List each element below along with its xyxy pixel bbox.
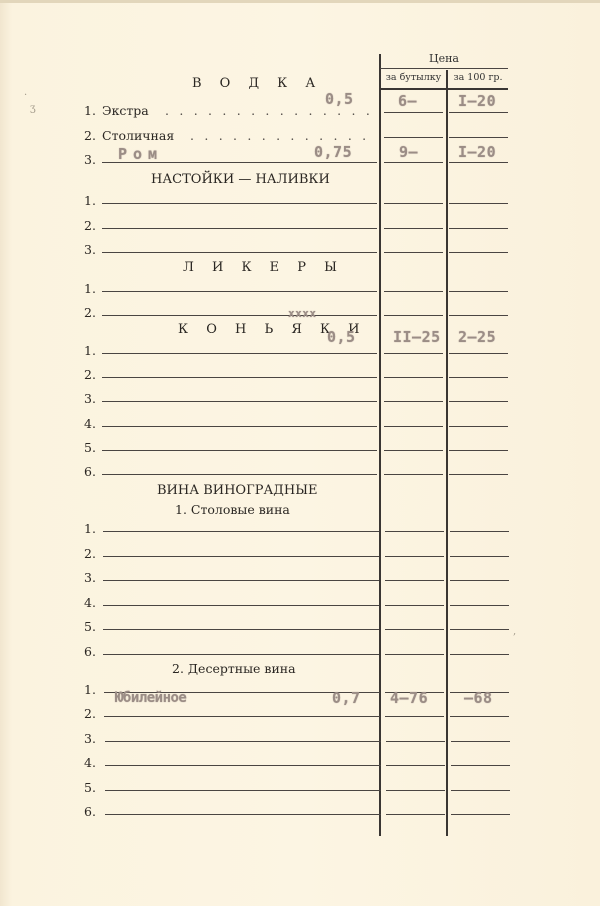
row-rule-bottle [385,716,444,717]
item-name-rom: Ром [118,145,163,163]
page-edge [0,0,600,3]
row-rule-100g [449,353,508,354]
row-rule-name [102,450,377,451]
paper-mark: , [513,626,516,637]
row-rule-name [105,765,381,766]
row-rule-100g [449,291,508,292]
row-rule-100g [449,401,508,402]
row-rule-100g [451,790,510,791]
row-rule-bottle [384,401,443,402]
row-rule-name [102,291,377,292]
row-rule-bottle [385,605,444,606]
row-rule-name [102,353,377,354]
price-column-left-divider [379,54,381,836]
row-rule-100g [449,474,508,475]
item-number: 5. [84,440,96,455]
row-rule-bottle [384,377,443,378]
row-rule-bottle [384,162,443,163]
row-rule-bottle [386,790,445,791]
row-rule-100g [450,556,509,557]
item-number: 1. [84,193,96,208]
row-rule-bottle [385,654,444,655]
row-rule-name [102,315,377,316]
item-number: 2. [84,128,96,143]
konyak-price-100g: 2–25 [458,328,496,346]
price-header-rule [380,68,508,69]
row-rule-bottle [384,426,443,427]
konyak-stars-typed: xxxx [288,307,317,320]
row-rule-100g [450,605,509,606]
item-number: 3. [84,731,96,746]
row-rule-100g [449,137,508,138]
item-number: 6. [84,804,96,819]
row-rule-bottle [384,112,443,113]
row-rule-name [103,654,379,655]
item-number: 1. [84,521,96,536]
row-rule-name [103,580,379,581]
row-rule-bottle [386,741,445,742]
item-number: 1. [84,343,96,358]
row-rule-100g [450,531,509,532]
row-rule-100g [449,377,508,378]
paper-mark: ʒ [30,103,36,114]
row-rule-100g [450,654,509,655]
item-name-yubileynoe: Юбилейное [115,690,186,706]
row-rule-name [102,377,377,378]
row-rule-name [105,790,381,791]
paper-mark: · [24,90,27,101]
row-rule-100g [450,629,509,630]
item-price-bottle: 6– [398,92,417,110]
item-number: 2. [84,305,96,320]
item-price-bottle: 9– [399,143,418,161]
item-number: 1. [84,103,96,118]
item-number: 4. [84,755,96,770]
row-rule-name [103,531,379,532]
item-price-100g: –68 [464,689,493,707]
row-rule-bottle [385,580,444,581]
row-rule-bottle [384,137,443,138]
item-number: 4. [84,416,96,431]
item-number: 2. [84,706,96,721]
item-number: 1. [84,281,96,296]
section-title-vodka: В О Д К А [192,76,322,91]
row-rule-100g [450,716,509,717]
item-number: 2. [84,546,96,561]
konyak-volume: 0,5 [327,328,356,346]
row-rule-name [105,814,381,815]
section-title-vina: ВИНА ВИНОГРАДНЫЕ [157,483,317,498]
row-rule-100g [449,315,508,316]
row-rule-bottle [384,291,443,292]
row-rule-100g [451,814,510,815]
row-rule-100g [449,228,508,229]
item-number: 3. [84,570,96,585]
row-rule-bottle [384,450,443,451]
item-number: 3. [84,391,96,406]
item-name-ekstra: Экстра [102,103,149,118]
item-volume: 0,75 [314,143,352,161]
row-rule-name [103,629,379,630]
item-number: 1. [84,682,96,697]
price-header-100g: за 100 гр. [447,72,509,83]
item-price-100g: I–20 [458,92,496,110]
row-rule-100g [451,765,510,766]
row-rule-name [103,605,379,606]
price-list-page: Цена за бутылку за 100 гр. В О Д К А 1. … [0,0,600,906]
section-title-nastoiki: НАСТОЙКИ — НАЛИВКИ [151,172,330,187]
row-rule-name [102,203,377,204]
item-number: 4. [84,595,96,610]
row-rule-name [105,741,381,742]
price-header-title: Цена [380,52,508,65]
row-rule-bottle [384,315,443,316]
item-name-stolichnaya: Столичная [102,128,174,143]
row-rule-bottle [385,556,444,557]
row-rule-100g [449,162,508,163]
item-number: 6. [84,464,96,479]
row-rule-name [103,556,379,557]
item-number: 3. [84,152,96,167]
item-number: 5. [84,619,96,634]
price-header-bottle: за бутылку [381,72,446,83]
item-number: 5. [84,780,96,795]
row-rule-100g [449,112,508,113]
row-rule-name [102,252,377,253]
row-rule-100g [449,426,508,427]
price-header-bottom-rule [380,88,508,90]
row-rule-100g [449,252,508,253]
row-rule-bottle [384,252,443,253]
item-volume: 0,5 [325,90,354,108]
row-rule-name [102,426,377,427]
item-number: 6. [84,644,96,659]
row-rule-bottle [384,203,443,204]
item-dot-leader: . . . . . . . . . . . . . . . . . . . . [190,128,377,143]
price-column-middle-divider [446,70,448,836]
row-rule-bottle [384,353,443,354]
row-rule-100g [449,203,508,204]
item-number: 2. [84,218,96,233]
subsection-title-stolovye: 1. Столовые вина [175,502,290,517]
item-number: 3. [84,242,96,257]
row-rule-bottle [384,228,443,229]
konyak-price-bottle: II–25 [393,328,441,346]
row-rule-bottle [385,629,444,630]
row-rule-name [102,474,377,475]
row-rule-bottle [386,814,445,815]
row-rule-100g [451,741,510,742]
item-price-bottle: 4–76 [390,689,428,707]
row-rule-100g [449,450,508,451]
row-rule-bottle [386,765,445,766]
row-rule-name [102,401,377,402]
row-rule-100g [450,580,509,581]
item-volume: 0,7 [332,689,361,707]
row-rule-bottle [384,474,443,475]
item-price-100g: I–20 [458,143,496,161]
section-title-likery: Л И К Е Р Ы [183,260,344,275]
row-rule-bottle [385,531,444,532]
row-rule-name [102,162,377,163]
row-rule-name [102,228,377,229]
item-number: 2. [84,367,96,382]
subsection-title-desertnye: 2. Десертные вина [172,661,296,676]
row-rule-name [104,716,380,717]
